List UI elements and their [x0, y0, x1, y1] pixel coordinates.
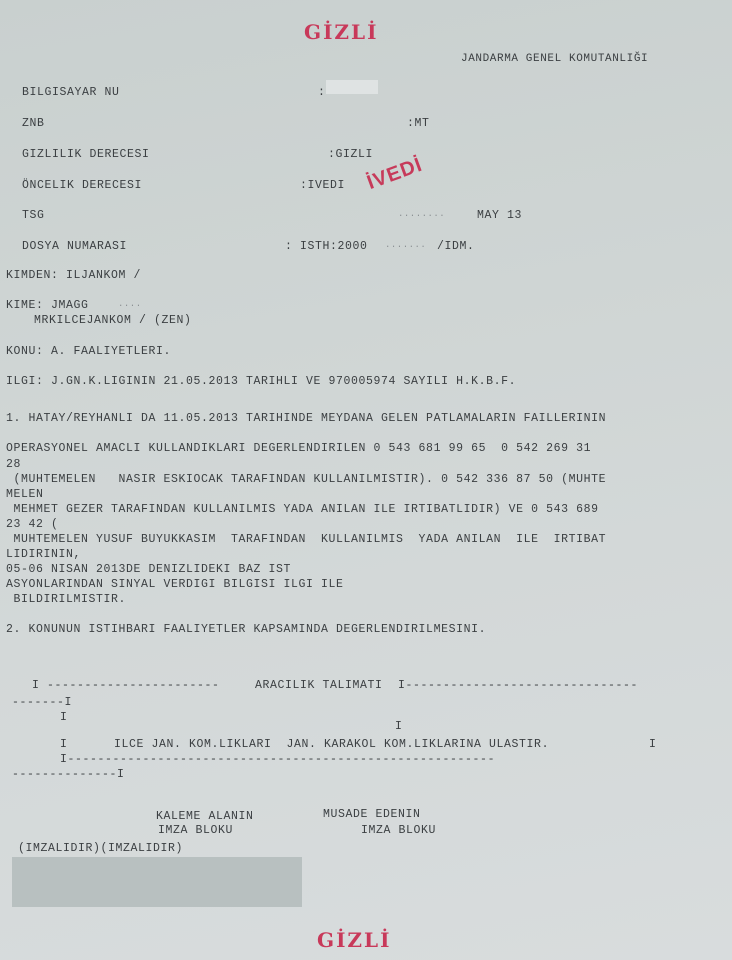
organization-name: JANDARMA GENEL KOMUTANLIĞI: [461, 54, 648, 65]
body-line: OPERASYONEL AMACLI KULLANDIKLARI DEGERLE…: [6, 443, 591, 455]
field-value-file-number-suffix: /IDM.: [437, 241, 475, 253]
recipient-line-2: MRKILCEJANKOM / (ZEN): [34, 315, 192, 327]
box-border-side: I: [60, 739, 68, 751]
field-value-znb: :MT: [407, 118, 430, 130]
classification-header: GİZLİ: [304, 20, 378, 44]
redaction-box: [12, 857, 302, 907]
priority-stamp: İVEDİ: [364, 154, 426, 195]
body-line: MEHMET GEZER TARAFINDAN KULLANILMIS YADA…: [6, 504, 599, 516]
sender: KIMDEN: ILJANKOM /: [6, 270, 141, 282]
body-item-2: 2. KONUNUN ISTIHBARI FAALIYETLER KAPSAMI…: [6, 624, 486, 636]
box-border-bottom: I---------------------------------------…: [60, 754, 495, 766]
approver-label: MUSADE EDENIN: [323, 809, 421, 821]
field-value-file-number: : ISTH:2000: [285, 241, 368, 253]
body-line: 23 42 (: [6, 519, 59, 531]
classified-document: GİZLİ JANDARMA GENEL KOMUTANLIĞI BILGISA…: [0, 0, 732, 960]
field-label-priority: ÖNCELIK DERECESI: [22, 180, 142, 192]
redacted-recipient: ····: [118, 302, 142, 311]
redacted-file-number: ·······: [385, 243, 426, 252]
box-border-bottom-wrap: --------------I: [12, 769, 125, 781]
redaction-box: [326, 80, 378, 94]
signed-note: (IMZALIDIR)(IMZALIDIR): [18, 843, 183, 855]
body-line: MUHTEMELEN YUSUF BUYUKKASIM TARAFINDAN K…: [6, 534, 606, 546]
body-line: 05-06 NISAN 2013DE DENIZLIDEKI BAZ IST: [6, 564, 291, 576]
redacted-date-text: ········: [398, 212, 445, 221]
instruction-text: ILCE JAN. KOM.LIKLARI JAN. KARAKOL KOM.L…: [114, 739, 549, 751]
classification-footer: GİZLİ: [317, 928, 391, 952]
body-line: (MUHTEMELEN NASIR ESKIOCAK TARAFINDAN KU…: [6, 474, 606, 486]
box-border-top-left: I -----------------------: [32, 680, 220, 692]
instruction-title: ARACILIK TALIMATI: [255, 680, 383, 692]
field-label-tsg: TSG: [22, 210, 45, 222]
body-line: 28: [6, 459, 21, 471]
field-value-classification: :GIZLI: [328, 149, 373, 161]
drafter-signature-block: IMZA BLOKU: [158, 825, 233, 837]
field-value-computer-no: :: [318, 87, 326, 99]
field-label-computer-no: BILGISAYAR NU: [22, 87, 120, 99]
field-label-classification: GIZLILIK DERECESI: [22, 149, 150, 161]
body-line: BILDIRILMISTIR.: [6, 594, 126, 606]
box-border-top-right: I-------------------------------: [398, 680, 638, 692]
body-line: MELEN: [6, 489, 44, 501]
reference: ILGI: J.GN.K.LIGININ 21.05.2013 TARIHLI …: [6, 376, 516, 388]
recipient-line-1: KIME: JMAGG: [6, 300, 89, 312]
box-border-side: I: [649, 739, 657, 751]
subject: KONU: A. FAALIYETLERI.: [6, 346, 171, 358]
body-line: 1. HATAY/REYHANLI DA 11.05.2013 TARIHIND…: [6, 413, 606, 425]
box-border-mark: I: [395, 721, 403, 733]
field-value-tsg: MAY 13: [477, 210, 522, 222]
field-value-priority: :IVEDI: [300, 180, 345, 192]
body-line: ASYONLARINDAN SINYAL VERDIGI BILGISI ILG…: [6, 579, 344, 591]
box-border-side: I: [60, 712, 68, 724]
box-border-wrap: -------I: [12, 697, 72, 709]
drafter-label: KALEME ALANIN: [156, 811, 254, 823]
field-label-znb: ZNB: [22, 118, 45, 130]
approver-signature-block: IMZA BLOKU: [361, 825, 436, 837]
field-label-file-number: DOSYA NUMARASI: [22, 241, 127, 253]
body-line: LIDIRININ,: [6, 549, 81, 561]
